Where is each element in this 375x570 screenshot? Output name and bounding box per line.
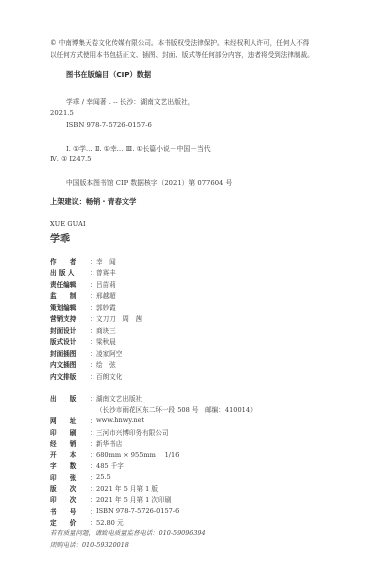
- publishing-label: 字 数: [50, 460, 90, 470]
- publishing-info: 出 版：湖南文艺出版社 （长沙市雨花区东二环一段 508 号 邮编：410014…: [50, 392, 257, 528]
- publishing-label: 印 次: [50, 494, 90, 504]
- cip-class-line-2: Ⅳ. ① I247.5: [50, 155, 92, 163]
- credit-row: 作 者：幸 闻: [50, 255, 142, 267]
- publishing-value: 485 千字: [96, 460, 124, 470]
- publishing-value: 25.5: [96, 473, 111, 481]
- credit-value: 梁秋晨: [96, 336, 116, 346]
- credit-value: 绘 弦: [96, 359, 116, 369]
- publishing-label: 印 张: [50, 472, 90, 482]
- publishing-label: 网 址: [50, 415, 90, 425]
- credits-list: 作 者：幸 闻 出 版 人：曾赛丰 责任编辑：吕苗莉 监 制：邢越超 策划编辑：…: [50, 255, 142, 382]
- credit-label: 封面设计: [50, 325, 90, 335]
- copyright-notice: © 中南博集天卷文化传媒有限公司。本书版权受法律保护。未经权利人许可，任何人不得…: [50, 37, 314, 61]
- credit-label: 监 制: [50, 290, 90, 300]
- credit-label: 内文插图: [50, 359, 90, 369]
- credit-row: 版式设计：梁秋晨: [50, 336, 142, 348]
- publishing-row: 字 数：485 千字: [50, 460, 257, 471]
- publishing-value: 2021 年 5 月第 1 次印刷: [96, 494, 171, 504]
- credit-label: 出 版 人: [50, 267, 90, 277]
- credit-label: 责任编辑: [50, 279, 90, 289]
- publishing-value: ISBN 978-7-5726-0157-6: [96, 507, 179, 515]
- credit-label: 营销支持: [50, 313, 90, 323]
- credit-value: 邢越超: [96, 290, 116, 300]
- publishing-row: 经 销：新华书店: [50, 437, 257, 448]
- publishing-address: （长沙市雨花区东二环一段 508 号 邮编：410014）: [50, 403, 257, 414]
- cip-entry-line-1: 学乖 / 幸闻著 . -- 长沙：湖南文艺出版社，: [66, 96, 195, 106]
- publishing-label: 书 号: [50, 506, 90, 516]
- publishing-row: 定 价：52.80 元: [50, 516, 257, 527]
- publishing-row: 版 次：2021 年 5 月第 1 版: [50, 482, 257, 493]
- credit-row: 内文插图：绘 弦: [50, 359, 142, 371]
- cip-isbn: ISBN 978-7-5726-0157-6: [66, 121, 152, 129]
- credit-value: 凌家阿空: [96, 348, 122, 358]
- credit-row: 策划编辑：郭妙霞: [50, 301, 142, 313]
- cip-heading: 图书在版编目（CIP）数据: [66, 70, 151, 80]
- quality-hotline: 若有质量问题，请致电质量监督电话：010-59096394: [50, 528, 206, 537]
- copyright-line-1: © 中南博集天卷文化传媒有限公司。本书版权受法律保护。未经权利人许可，任何人不得: [50, 37, 314, 49]
- shelf-suggestion: 上架建议：畅销・青春文学: [50, 197, 136, 207]
- publisher-website: www.hnwy.net: [96, 416, 144, 424]
- credit-label: 作 者: [50, 256, 90, 266]
- credit-value: 曾赛丰: [96, 267, 116, 277]
- book-title: 学乖: [50, 230, 70, 245]
- publishing-row: 印 刷：三河市兴博印务有限公司: [50, 426, 257, 437]
- credit-value: 郭妙霞: [96, 302, 116, 312]
- publishing-row: 书 号：ISBN 978-7-5726-0157-6: [50, 505, 257, 516]
- publishing-value: 52.80 元: [96, 517, 124, 527]
- credit-value: 幸 闻: [96, 256, 116, 266]
- credit-row: 内文排版：百朗文化: [50, 370, 142, 382]
- cip-entry-line-2: 2021.5: [50, 109, 74, 117]
- publishing-row: 印 张：25.5: [50, 471, 257, 482]
- credit-label: 内文排版: [50, 371, 90, 381]
- book-pinyin: XUE GUAI: [50, 220, 86, 228]
- credit-row: 监 制：邢越超: [50, 290, 142, 302]
- copyright-line-2: 以任何方式使用本书包括正文、插图、封面、版式等任何部分内容，违者将受到法律制裁。: [50, 49, 314, 61]
- credit-row: 营销支持：文刀刀 周 茜: [50, 313, 142, 325]
- cip-library-line: 中国版本图书馆 CIP 数据核字（2021）第 077604 号: [66, 177, 232, 187]
- credit-row: 出 版 人：曾赛丰: [50, 267, 142, 279]
- publishing-row: 出 版：湖南文艺出版社: [50, 392, 257, 403]
- credit-label: 策划编辑: [50, 302, 90, 312]
- publishing-value: 新华书店: [96, 438, 122, 448]
- publishing-value: 湖南文艺出版社: [96, 393, 142, 403]
- publishing-label: 经 销: [50, 438, 90, 448]
- publishing-value: 680mm × 955mm 1/16: [96, 449, 179, 459]
- publishing-label: 版 次: [50, 483, 90, 493]
- publishing-label: 印 刷: [50, 427, 90, 437]
- credit-row: 封面设计：商块三: [50, 324, 142, 336]
- group-purchase-hotline: 团购电话：010-59320018: [50, 540, 129, 549]
- credit-value: 百朗文化: [96, 371, 122, 381]
- publishing-row: 开 本：680mm × 955mm 1/16: [50, 448, 257, 459]
- publishing-label: 开 本: [50, 449, 90, 459]
- publishing-label: 定 价: [50, 517, 90, 527]
- credit-value: 商块三: [96, 325, 116, 335]
- publishing-value: 2021 年 5 月第 1 版: [96, 483, 158, 493]
- credit-row: 封面插图：凌家阿空: [50, 347, 142, 359]
- publishing-row: 印 次：2021 年 5 月第 1 次印刷: [50, 494, 257, 505]
- credit-value: 文刀刀 周 茜: [96, 313, 142, 323]
- publishing-row: 网 址：www.hnwy.net: [50, 415, 257, 426]
- publishing-value: 三河市兴博印务有限公司: [96, 427, 169, 437]
- credit-value: 吕苗莉: [96, 279, 116, 289]
- credit-label: 版式设计: [50, 336, 90, 346]
- publishing-label: 出 版: [50, 393, 90, 403]
- cip-class-line-1: Ⅰ. ①学… Ⅱ. ①幸… Ⅲ. ①长篇小说－中国－当代: [66, 143, 211, 153]
- credit-row: 责任编辑：吕苗莉: [50, 278, 142, 290]
- credit-label: 封面插图: [50, 348, 90, 358]
- publishing-value: （长沙市雨花区东二环一段 508 号 邮编：410014）: [96, 404, 257, 414]
